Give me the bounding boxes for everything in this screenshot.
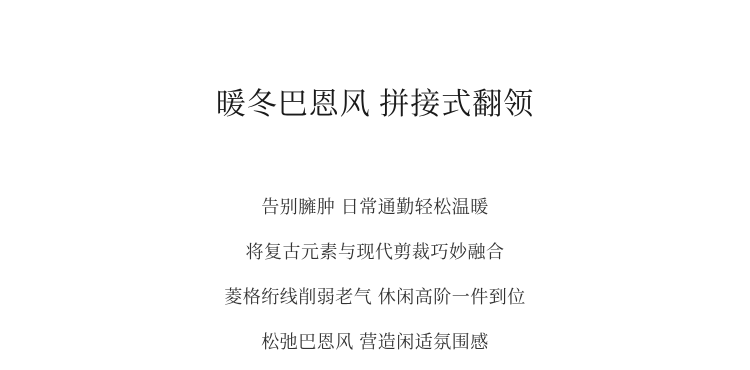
product-headline: 暖冬巴恩风 拼接式翻领 (0, 86, 750, 124)
product-intro-section: 暖冬巴恩风 拼接式翻领 告别臃肿 日常通勤轻松温暖 将复古元素与现代剪裁巧妙融合… (0, 0, 750, 370)
selling-point-line-2: 将复古元素与现代剪裁巧妙融合 (0, 230, 750, 275)
selling-point-line-4: 松弛巴恩风 营造闲适氛围感 (0, 320, 750, 365)
selling-point-line-1: 告别臃肿 日常通勤轻松温暖 (0, 185, 750, 230)
selling-point-line-3: 菱格绗线削弱老气 休闲高阶一件到位 (0, 275, 750, 320)
product-selling-points: 告别臃肿 日常通勤轻松温暖 将复古元素与现代剪裁巧妙融合 菱格绗线削弱老气 休闲… (0, 185, 750, 365)
